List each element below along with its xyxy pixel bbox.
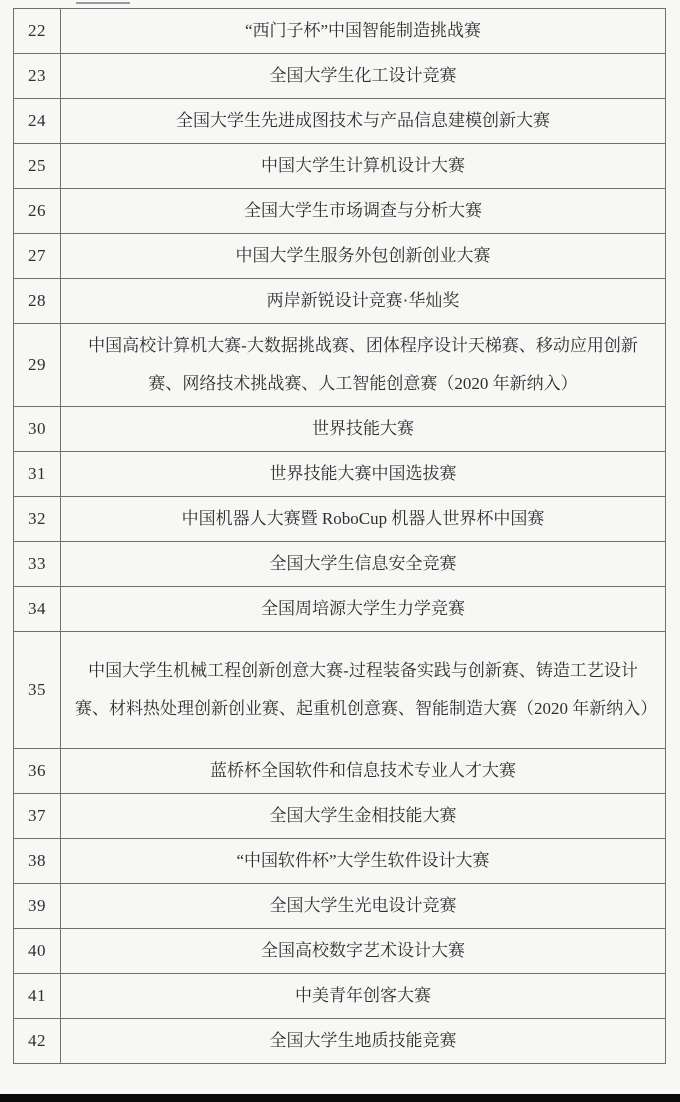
competition-name-cell: “中国软件杯”大学生软件设计大赛 (61, 839, 666, 884)
competition-name-cell: 全国周培源大学生力学竞赛 (61, 587, 666, 632)
table-row: 42全国大学生地质技能竞赛 (14, 1019, 666, 1064)
competition-name-cell: 两岸新锐设计竞赛·华灿奖 (61, 279, 666, 324)
competition-name-cell: “西门子杯”中国智能制造挑战赛 (61, 9, 666, 54)
table-row: 36蓝桥杯全国软件和信息技术专业人才大赛 (14, 749, 666, 794)
row-number-cell: 26 (14, 189, 61, 234)
competition-name-cell: 全国大学生先进成图技术与产品信息建模创新大赛 (61, 99, 666, 144)
table-row: 29中国高校计算机大赛-大数据挑战赛、团体程序设计天梯赛、移动应用创新赛、网络技… (14, 324, 666, 407)
table-row: 33全国大学生信息安全竞赛 (14, 542, 666, 587)
competition-name-cell: 全国大学生化工设计竞赛 (61, 54, 666, 99)
competition-name-cell: 世界技能大赛中国选拔赛 (61, 452, 666, 497)
row-number-cell: 30 (14, 407, 61, 452)
table-row: 30世界技能大赛 (14, 407, 666, 452)
row-number-cell: 42 (14, 1019, 61, 1064)
row-number-cell: 39 (14, 884, 61, 929)
cropped-border-fragment (76, 2, 130, 4)
competition-name-cell: 蓝桥杯全国软件和信息技术专业人才大赛 (61, 749, 666, 794)
row-number-cell: 27 (14, 234, 61, 279)
competition-name-cell: 中国机器人大赛暨 RoboCup 机器人世界杯中国赛 (61, 497, 666, 542)
row-number-cell: 40 (14, 929, 61, 974)
table-row: 35中国大学生机械工程创新创意大赛-过程装备实践与创新赛、铸造工艺设计赛、材料热… (14, 632, 666, 749)
row-number-cell: 31 (14, 452, 61, 497)
row-number-cell: 22 (14, 9, 61, 54)
competition-name-cell: 中国大学生机械工程创新创意大赛-过程装备实践与创新赛、铸造工艺设计赛、材料热处理… (61, 632, 666, 749)
competition-name-cell: 中国大学生服务外包创新创业大赛 (61, 234, 666, 279)
table-row: 25中国大学生计算机设计大赛 (14, 144, 666, 189)
row-number-cell: 33 (14, 542, 61, 587)
competition-name-cell: 中美青年创客大赛 (61, 974, 666, 1019)
table-row: 39全国大学生光电设计竞赛 (14, 884, 666, 929)
table-row: 28两岸新锐设计竞赛·华灿奖 (14, 279, 666, 324)
table-row: 40全国高校数字艺术设计大赛 (14, 929, 666, 974)
competition-name-cell: 中国大学生计算机设计大赛 (61, 144, 666, 189)
competition-name-cell: 全国大学生市场调查与分析大赛 (61, 189, 666, 234)
table-row: 37全国大学生金相技能大赛 (14, 794, 666, 839)
row-number-cell: 36 (14, 749, 61, 794)
table-row: 32中国机器人大赛暨 RoboCup 机器人世界杯中国赛 (14, 497, 666, 542)
row-number-cell: 41 (14, 974, 61, 1019)
bottom-edge-bar (0, 1094, 680, 1102)
competition-name-cell: 全国大学生地质技能竞赛 (61, 1019, 666, 1064)
row-number-cell: 23 (14, 54, 61, 99)
competition-table-body: 22“西门子杯”中国智能制造挑战赛23全国大学生化工设计竞赛24全国大学生先进成… (14, 9, 666, 1064)
row-number-cell: 25 (14, 144, 61, 189)
row-number-cell: 32 (14, 497, 61, 542)
competition-name-cell: 全国大学生光电设计竞赛 (61, 884, 666, 929)
table-row: 23全国大学生化工设计竞赛 (14, 54, 666, 99)
row-number-cell: 34 (14, 587, 61, 632)
row-number-cell: 24 (14, 99, 61, 144)
table-row: 22“西门子杯”中国智能制造挑战赛 (14, 9, 666, 54)
row-number-cell: 38 (14, 839, 61, 884)
table-row: 26全国大学生市场调查与分析大赛 (14, 189, 666, 234)
table-row: 31世界技能大赛中国选拔赛 (14, 452, 666, 497)
competition-list-table: 22“西门子杯”中国智能制造挑战赛23全国大学生化工设计竞赛24全国大学生先进成… (13, 8, 666, 1064)
row-number-cell: 37 (14, 794, 61, 839)
competition-name-cell: 全国大学生金相技能大赛 (61, 794, 666, 839)
row-number-cell: 29 (14, 324, 61, 407)
row-number-cell: 35 (14, 632, 61, 749)
competition-name-cell: 全国高校数字艺术设计大赛 (61, 929, 666, 974)
table-row: 41中美青年创客大赛 (14, 974, 666, 1019)
table-row: 38“中国软件杯”大学生软件设计大赛 (14, 839, 666, 884)
competition-name-cell: 中国高校计算机大赛-大数据挑战赛、团体程序设计天梯赛、移动应用创新赛、网络技术挑… (61, 324, 666, 407)
table-row: 24全国大学生先进成图技术与产品信息建模创新大赛 (14, 99, 666, 144)
competition-name-cell: 世界技能大赛 (61, 407, 666, 452)
table-row: 27中国大学生服务外包创新创业大赛 (14, 234, 666, 279)
row-number-cell: 28 (14, 279, 61, 324)
table-row: 34全国周培源大学生力学竞赛 (14, 587, 666, 632)
competition-name-cell: 全国大学生信息安全竞赛 (61, 542, 666, 587)
